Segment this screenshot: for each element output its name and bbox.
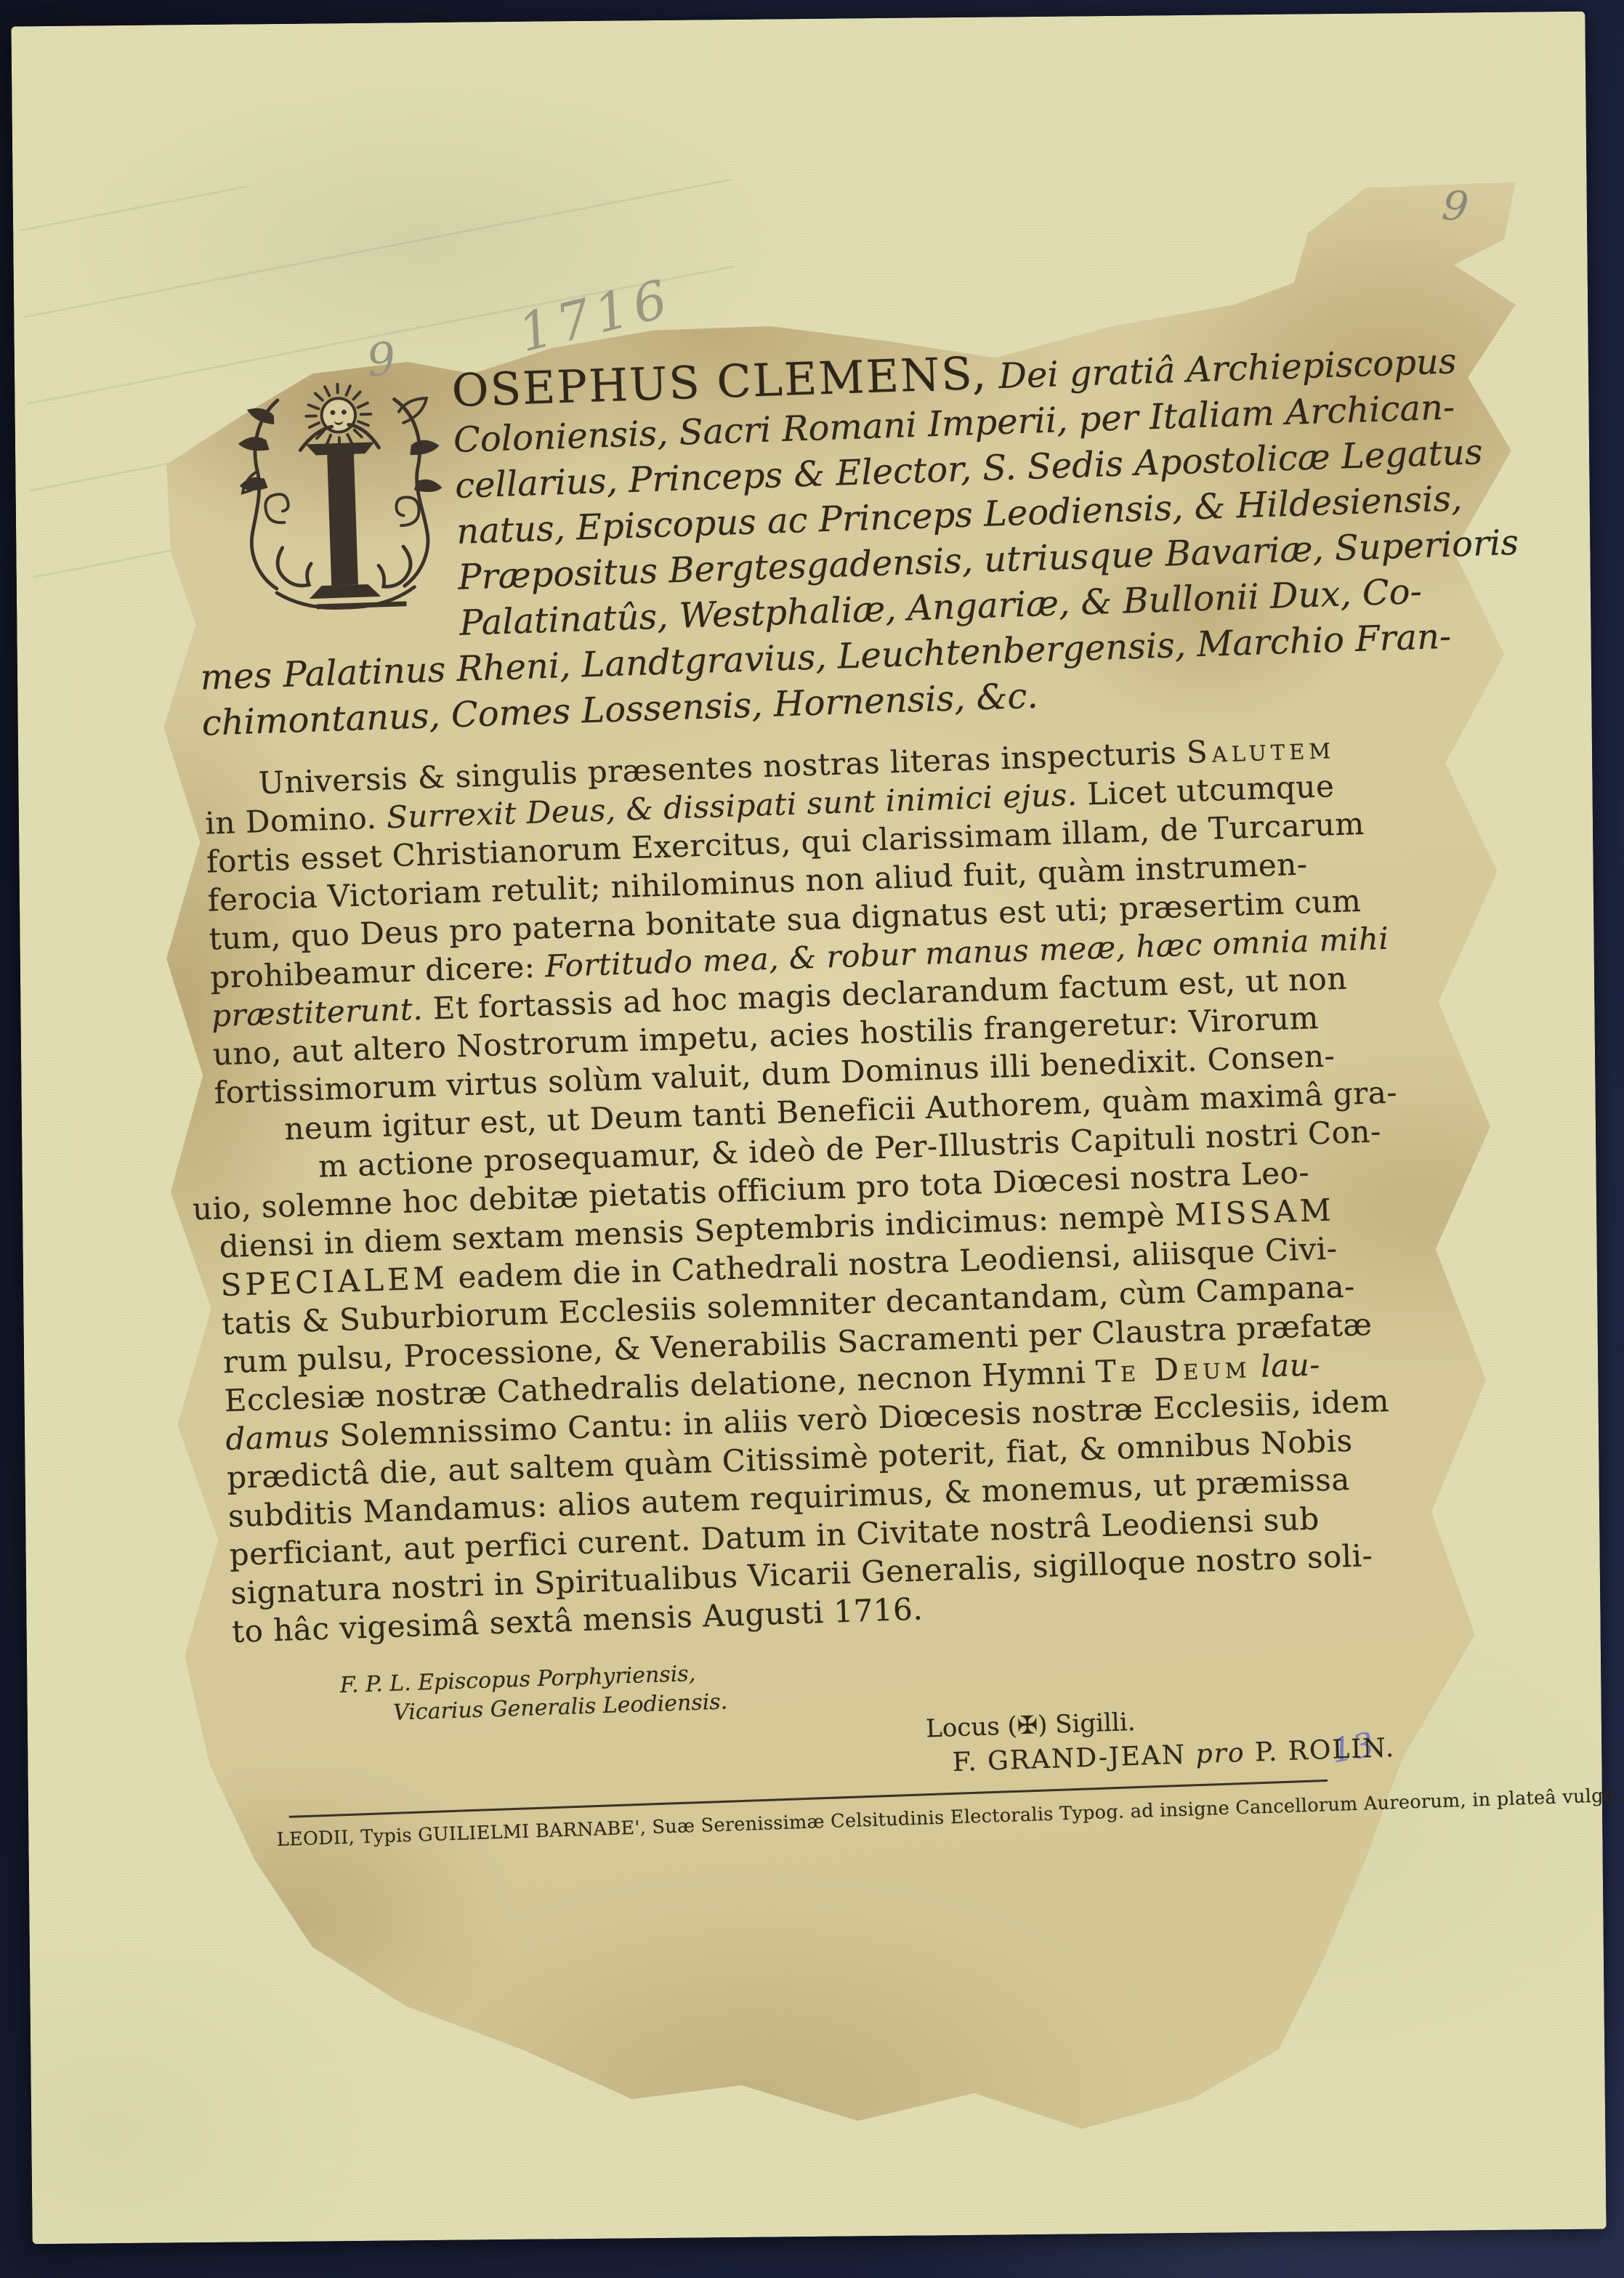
document-heading: OSEPHUS CLEMENS, Dei gratiâ Archiepiscop… xyxy=(190,336,1434,747)
text-segment: SPECIALEM xyxy=(220,1260,449,1303)
text-segment: damus xyxy=(225,1418,330,1457)
text-segment: in Domino. xyxy=(205,799,387,841)
decorative-initial-woodcut xyxy=(230,373,449,630)
text-segment: lau- xyxy=(1251,1346,1321,1384)
body-paragraph: Universis & singulis præsentes nostras l… xyxy=(203,725,1463,1652)
countersign-for: P. ROLIN. xyxy=(1245,1733,1396,1768)
printed-text-block: OSEPHUS CLEMENS, Dei gratiâ Archiepiscop… xyxy=(190,336,1470,1852)
imprint-street: Neuvice. xyxy=(1620,1782,1624,1806)
text-segment: Te Deum xyxy=(1095,1349,1251,1389)
handwritten-corner-number: 9 xyxy=(1440,182,1471,231)
countersign-pro: pro xyxy=(1195,1738,1245,1769)
text-segment: Salutem xyxy=(1186,730,1336,770)
text-segment: MISSAM xyxy=(1174,1192,1335,1232)
locus-sigilli-text: Locus (✠) Sigilli. xyxy=(926,1708,1136,1744)
scanned-document-page: 9 9 1716 13 xyxy=(0,0,1624,2278)
countersign-name: F. GRAND-JEAN xyxy=(952,1740,1196,1777)
text-segment: præstiterunt. xyxy=(211,991,423,1034)
text-segment: Licet utcumque xyxy=(1077,768,1335,812)
